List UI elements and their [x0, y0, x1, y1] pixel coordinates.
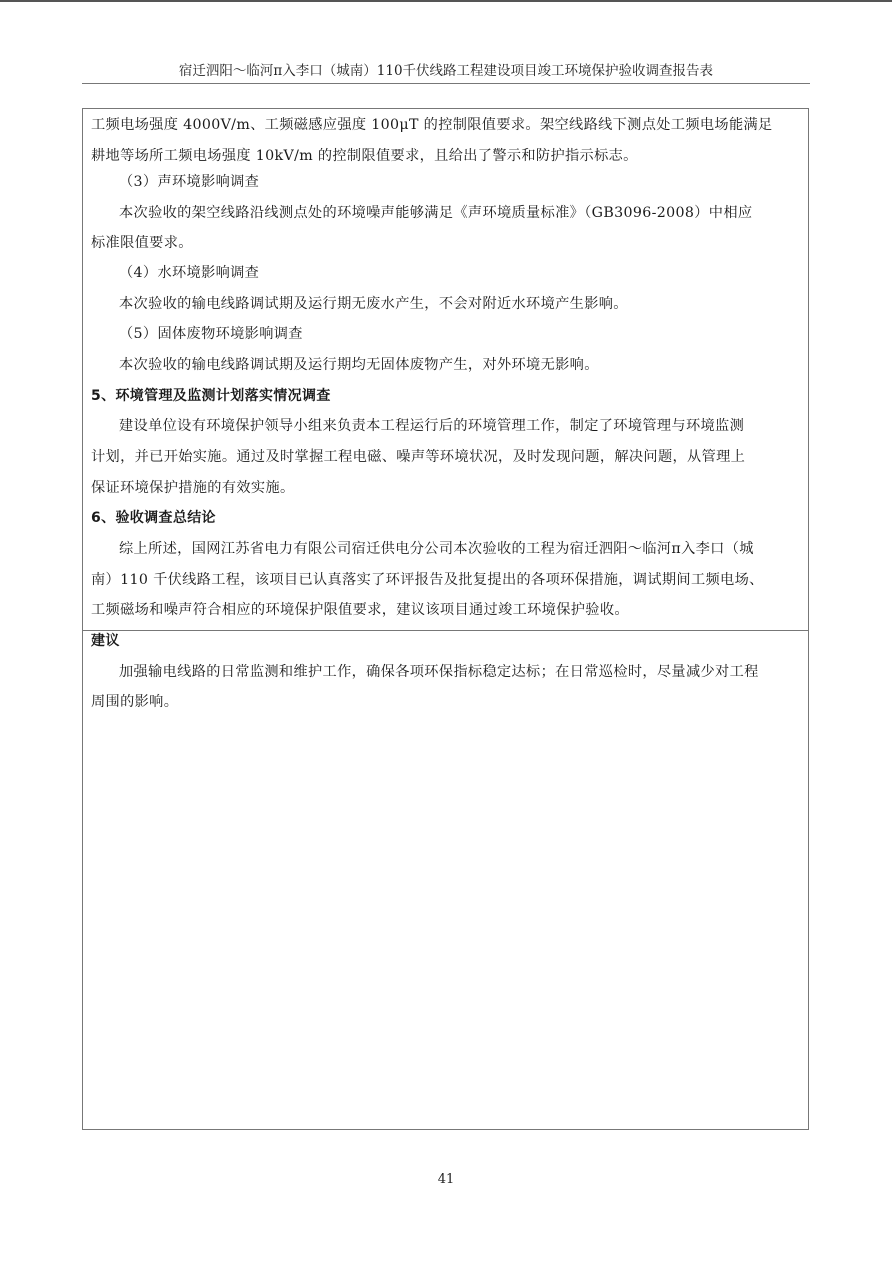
- suggestion-heading: 建议: [91, 631, 800, 651]
- subsection-heading-water: （4）水环境影响调查: [119, 263, 800, 283]
- paragraph-line: 计划，并已开始实施。通过及时掌握工程电磁、噪声等环境状况，及时发现问题，解决问题…: [91, 447, 800, 467]
- conclusion-cell: 工频电场强度 4000V/m、工频磁感应强度 100μT 的控制限值要求。架空线…: [83, 109, 808, 631]
- page-header-title: 宿迁泗阳～临河π入李口（城南）110千伏线路工程建设项目竣工环境保护验收调查报告…: [82, 60, 810, 82]
- paragraph-line: 本次验收的架空线路沿线测点处的环境噪声能够满足《声环境质量标准》（GB3096-…: [119, 203, 800, 223]
- paragraph-line: 本次验收的输电线路调试期及运行期均无固体废物产生，对外环境无影响。: [119, 355, 800, 375]
- section-heading-6: 6、验收调查总结论: [91, 508, 800, 528]
- suggestion-cell: 建议 加强输电线路的日常监测和维护工作，确保各项环保指标稳定达标；在日常巡检时，…: [83, 631, 808, 1129]
- paragraph-line: 建设单位设有环境保护领导小组来负责本工程运行后的环境管理工作，制定了环境管理与环…: [119, 416, 800, 436]
- paragraph-line: 本次验收的输电线路调试期及运行期无废水产生，不会对附近水环境产生影响。: [119, 294, 800, 314]
- paragraph-line: 标准限值要求。: [91, 233, 800, 253]
- paragraph-line: 加强输电线路的日常监测和维护工作，确保各项环保指标稳定达标；在日常巡检时，尽量减…: [119, 662, 800, 682]
- subsection-heading-solid-waste: （5）固体废物环境影响调查: [119, 324, 800, 344]
- paragraph-line: 周围的影响。: [91, 692, 800, 712]
- paragraph-line: 综上所述，国网江苏省电力有限公司宿迁供电分公司本次验收的工程为宿迁泗阳～临河π入…: [119, 539, 800, 559]
- report-table: 工频电场强度 4000V/m、工频磁感应强度 100μT 的控制限值要求。架空线…: [82, 108, 809, 1130]
- paragraph-line: 南）110 千伏线路工程，该项目已认真落实了环评报告及批复提出的各项环保措施，调…: [91, 570, 800, 590]
- paragraph-line: 工频磁场和噪声符合相应的环境保护限值要求，建议该项目通过竣工环境保护验收。: [91, 600, 800, 620]
- paragraph-line: 耕地等场所工频电场强度 10kV/m 的控制限值要求，且给出了警示和防护指示标志…: [91, 146, 800, 166]
- paragraph-line: 工频电场强度 4000V/m、工频磁感应强度 100μT 的控制限值要求。架空线…: [91, 115, 800, 135]
- page-number: 41: [0, 1172, 892, 1187]
- section-heading-5: 5、环境管理及监测计划落实情况调查: [91, 386, 800, 406]
- header-divider: [82, 83, 810, 84]
- subsection-heading-noise: （3）声环境影响调查: [119, 172, 800, 192]
- top-border-rule: [0, 0, 892, 2]
- paragraph-line: 保证环境保护措施的有效实施。: [91, 478, 800, 498]
